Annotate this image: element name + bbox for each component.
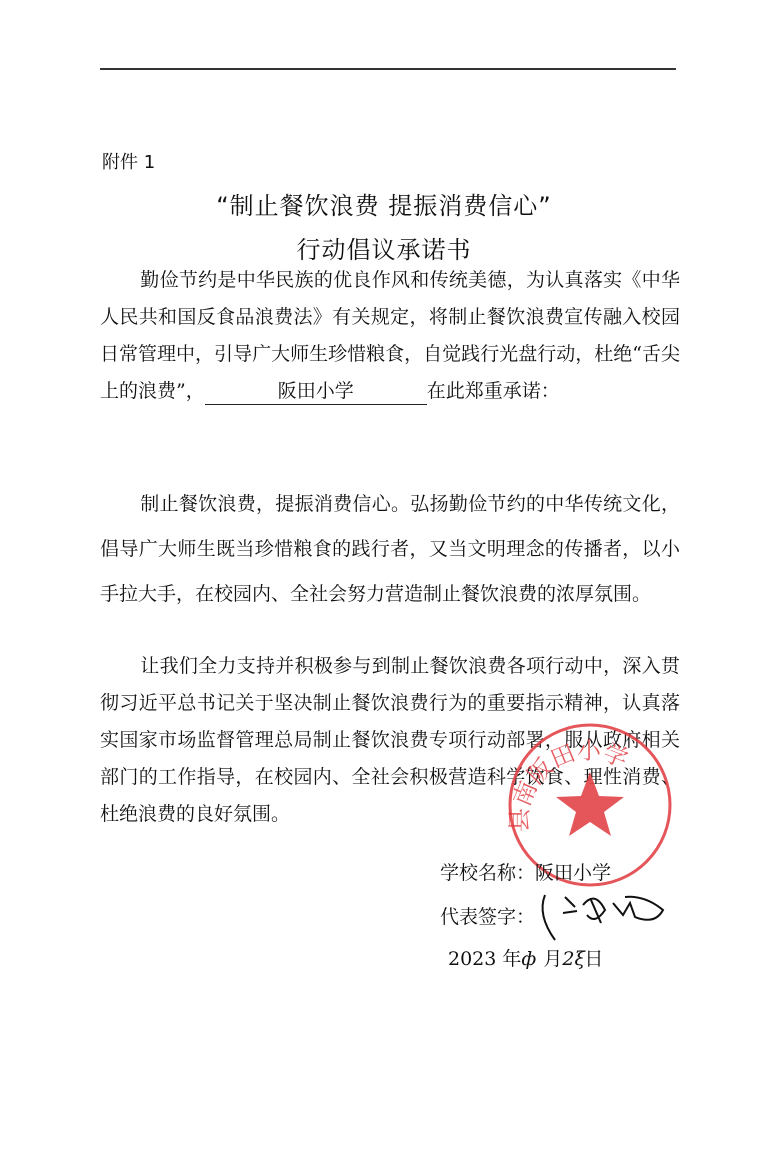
handwritten-signature [535,885,675,945]
school-name-value: 阪田小学 [535,862,611,884]
document-subtitle: 行动倡议承诺书 [0,230,768,265]
paragraph-commitment: 制止餐饮浪费，提振消费信心。弘扬勤俭节约的中华传统文化，倡导广大师生既当珍惜粮食… [100,482,680,617]
header-rule [100,68,676,70]
attachment-label: 附件 1 [102,148,155,174]
document-title: “制止餐饮浪费 提振消费信心” [0,186,768,221]
representative-signature-line: 代表签字： [440,902,535,929]
intro-text-end: 在此郑重承诺： [427,380,560,402]
handwritten-month: ф [521,948,543,970]
paragraph-intro: 勤俭节约是中华民族的优良作风和传统美德，为认真落实《中华人民共和国反食品浪费法》… [100,262,680,410]
representative-label: 代表签字： [440,906,535,928]
date-month-label: 月 [543,948,562,970]
svg-text:县南阪田小学: 县南阪田小学 [506,737,632,833]
date-year: 2023 年 [448,948,521,970]
school-name-line: 学校名称：阪田小学 [440,858,611,885]
star-icon [556,772,624,836]
date-day-label: 日 [584,948,603,970]
school-name-label: 学校名称： [440,862,535,884]
school-name-blank: 阪田小学 [205,378,427,405]
date-line: 2023 年ф月2ξ日 [448,944,603,971]
handwritten-day: 2ξ [562,948,584,970]
commitment-text: 制止餐饮浪费，提振消费信心。弘扬勤俭节约的中华传统文化，倡导广大师生既当珍惜粮食… [100,493,680,605]
